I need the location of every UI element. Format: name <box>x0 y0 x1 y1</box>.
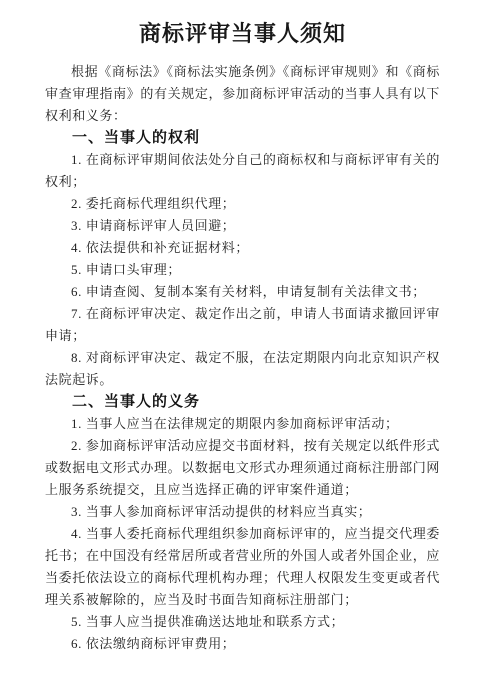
rights-item-3: 3. 申请商标评审人员回避； <box>45 215 440 237</box>
document-page: 商标评审当事人须知 根据《商标法》《商标法实施条例》《商标评审规则》和《商标审查… <box>0 0 484 684</box>
intro-paragraph: 根据《商标法》《商标法实施条例》《商标评审规则》和《商标审查审理指南》的有关规定… <box>45 61 440 127</box>
section-obligations-heading: 二、当事人的义务 <box>45 391 440 413</box>
obligations-item-1: 1. 当事人应当在法律规定的期限内参加商标评审活动； <box>45 413 440 435</box>
obligations-item-4: 4. 当事人委托商标代理组织参加商标评审的，应当提交代理委托书；在中国没有经常居… <box>45 523 440 611</box>
rights-item-8: 8. 对商标评审决定、裁定不服，在法定期限内向北京知识产权法院起诉。 <box>45 347 440 391</box>
obligations-item-3: 3. 当事人参加商标评审活动提供的材料应当真实； <box>45 501 440 523</box>
obligations-item-5: 5. 当事人应当提供准确送达地址和联系方式； <box>45 611 440 633</box>
rights-item-4: 4. 依法提供和补充证据材料； <box>45 237 440 259</box>
rights-item-6: 6. 申请查阅、复制本案有关材料，申请复制有关法律文书； <box>45 281 440 303</box>
section-rights-heading: 一、当事人的权利 <box>45 127 440 149</box>
rights-item-7: 7. 在商标评审决定、裁定作出之前，申请人书面请求撤回评审申请； <box>45 303 440 347</box>
obligations-item-2: 2. 参加商标评审活动应提交书面材料，按有关规定以纸件形式或数据电文形式办理。以… <box>45 435 440 501</box>
rights-item-5: 5. 申请口头审理； <box>45 259 440 281</box>
rights-item-1: 1. 在商标评审期间依法处分自己的商标权和与商标评审有关的权利； <box>45 149 440 193</box>
rights-item-2: 2. 委托商标代理组织代理； <box>45 193 440 215</box>
document-title: 商标评审当事人须知 <box>45 20 440 48</box>
obligations-item-6: 6. 依法缴纳商标评审费用； <box>45 633 440 655</box>
